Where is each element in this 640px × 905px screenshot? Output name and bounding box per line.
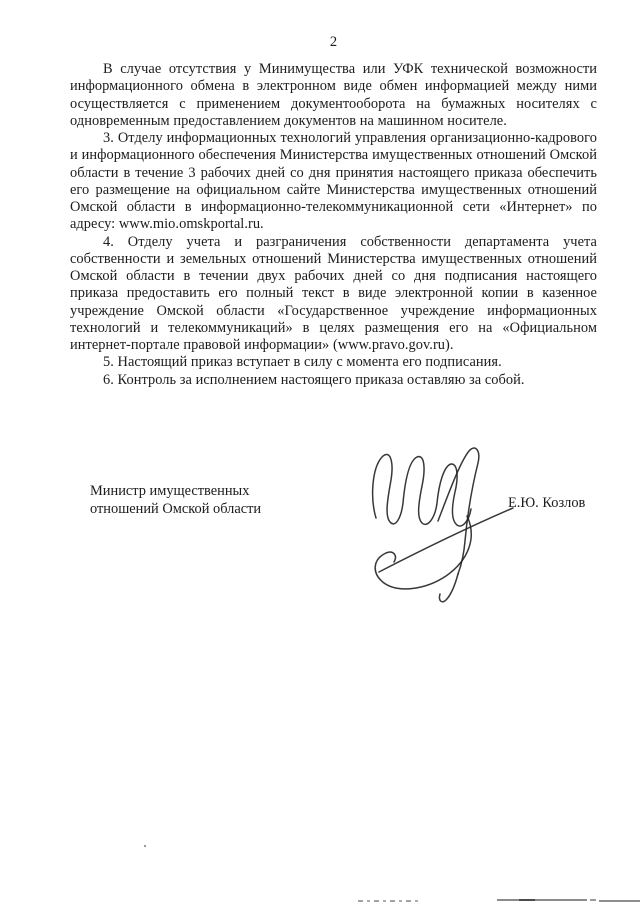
paragraph-item-4-legal-portal-publication: 4. Отделу учета и разграничения собствен… bbox=[70, 234, 597, 355]
signatory-title: Министр имущественных отношений Омской о… bbox=[90, 482, 285, 518]
page-number: 2 bbox=[70, 34, 597, 51]
scan-artifact-speck bbox=[144, 845, 146, 847]
handwritten-signature-icon bbox=[358, 440, 526, 608]
scan-artifact-line bbox=[497, 899, 587, 901]
scan-artifact-line-dark bbox=[519, 899, 535, 901]
paragraph-item-5-entry-into-force: 5. Настоящий приказ вступает в силу с мо… bbox=[70, 354, 597, 371]
document-body: В случае отсутствия у Минимущества или У… bbox=[70, 61, 597, 389]
scan-artifact-line bbox=[599, 900, 640, 902]
paragraph-info-exchange-fallback: В случае отсутствия у Минимущества или У… bbox=[70, 61, 597, 130]
paragraph-item-3-website-publication: 3. Отделу информационных технологий упра… bbox=[70, 130, 597, 234]
scanned-document-page: 2 В случае отсутствия у Минимущества или… bbox=[0, 0, 640, 905]
paragraph-item-6-control: 6. Контроль за исполнением настоящего пр… bbox=[70, 372, 597, 389]
scan-artifact-dashes bbox=[358, 900, 419, 902]
signatory-name: Е.Ю. Козлов bbox=[508, 495, 585, 512]
scan-artifact-dash bbox=[590, 899, 596, 901]
